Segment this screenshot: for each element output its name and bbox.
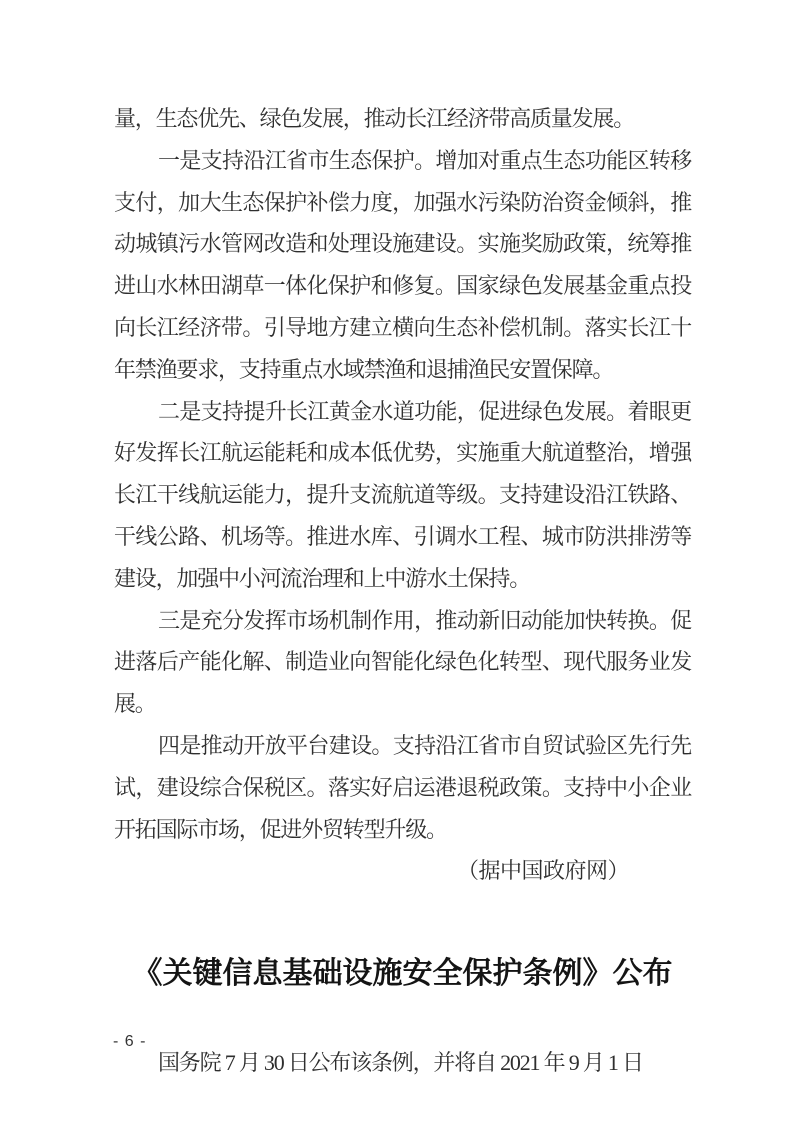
body-paragraph-point-four: 四是推动开放平台建设。支持沿江省市自贸试验区先行先试，建设综合保税区。落实好启运… (114, 725, 691, 850)
article-title: 《关键信息基础设施安全保护条例》公布 (114, 952, 691, 996)
body-paragraph-point-one: 一是支持沿江省市生态保护。增加对重点生态功能区转移支付，加大生态保护补偿力度，加… (114, 140, 691, 391)
body-paragraph-point-two: 二是支持提升长江黄金水道功能，促进绿色发展。着眼更好发挥长江航运能耗和成本低优势… (114, 391, 691, 600)
page-number: - 6 - (113, 1032, 146, 1052)
body-paragraph-point-three: 三是充分发挥市场机制作用，推动新旧动能加快转换。促进落后产能化解、制造业向智能化… (114, 600, 691, 725)
body-paragraph-next-article: 国务院 7 月 30 日公布该条例，并将自 2021 年 9 月 1 日 (114, 1042, 691, 1084)
page-content: 量，生态优先、绿色发展，推动长江经济带高质量发展。 一是支持沿江省市生态保护。增… (114, 98, 691, 1084)
source-attribution: （据中国政府网） (114, 850, 691, 892)
body-paragraph-continuation: 量，生态优先、绿色发展，推动长江经济带高质量发展。 (114, 98, 691, 140)
document-page: 量，生态优先、绿色发展，推动长江经济带高质量发展。 一是支持沿江省市生态保护。增… (0, 0, 800, 1131)
